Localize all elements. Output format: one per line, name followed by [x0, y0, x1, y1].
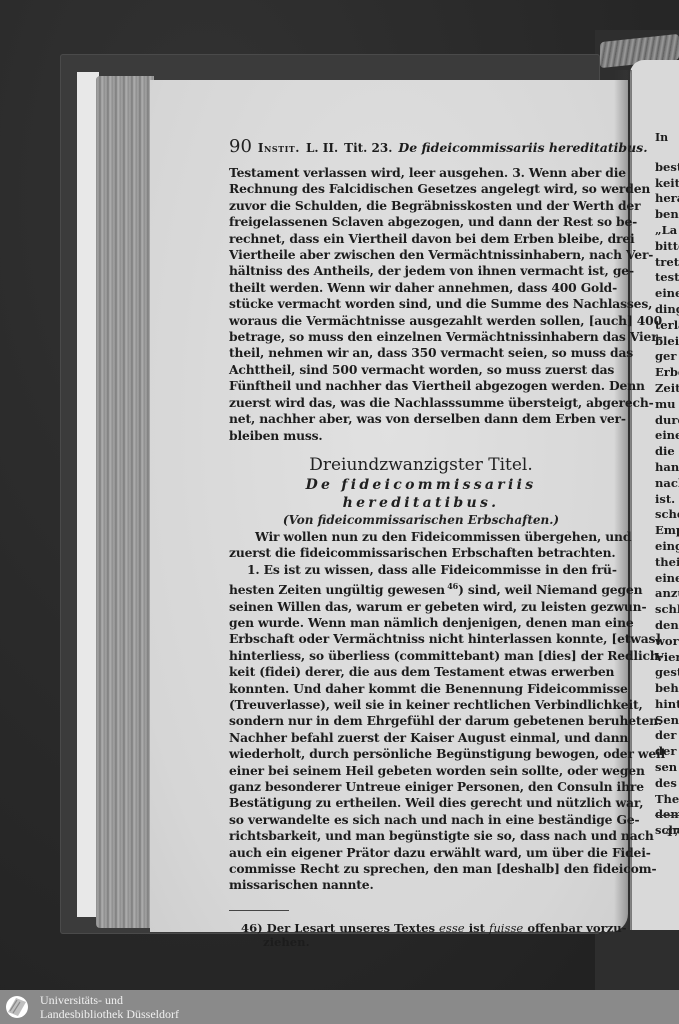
running-head: 90 Instit. L. II. Tit. 23. De fideicommi…: [229, 138, 613, 157]
facing-page-line: beha: [655, 681, 679, 697]
paragraph-1: seinen Willen das, warum er gebeten wird…: [229, 599, 613, 894]
text-line: commisse Recht zu sprechen, den man [des…: [229, 861, 613, 877]
continuation-paragraph: Testament verlassen wird, leer ausgehen.…: [229, 165, 613, 444]
running-head-book: Instit.: [258, 139, 300, 157]
facing-page-line: schl: [655, 602, 679, 618]
text-line: Fünftheil und nachher das Viertheil abge…: [229, 378, 613, 394]
facing-page-line: Erbe: [655, 365, 679, 381]
facing-page-line: ger: [655, 349, 679, 365]
facing-page-line: eine: [655, 428, 679, 444]
library-name[interactable]: Universitäts- und Landesbibliothek Düsse…: [40, 993, 179, 1021]
text-line: richtsbarkeit, und man begünstigte sie s…: [229, 828, 613, 844]
facing-page-line: eing: [655, 539, 679, 555]
library-footer-bar: Universitäts- und Landesbibliothek Düsse…: [0, 990, 679, 1024]
text-line: ganz besonderer Untreue einiger Personen…: [229, 779, 613, 795]
text-line: einer bei seinem Heil gebeten worden sei…: [229, 763, 613, 779]
page-text: 90 Instit. L. II. Tit. 23. De fideicommi…: [229, 138, 613, 949]
text-line: Viertheile aber zwischen den Vermächtnis…: [229, 247, 613, 263]
section-title-latin: De fideicommissariis hereditatibus.: [229, 476, 613, 512]
facing-page-line: eine: [655, 571, 679, 587]
facing-page-line: sen: [655, 760, 679, 776]
facing-page-line: hera: [655, 191, 679, 207]
book-logo-icon[interactable]: [4, 994, 30, 1020]
text-line: gen wurde. Wenn man nämlich denjenigen, …: [229, 615, 613, 631]
facing-page-line: keit: [655, 176, 679, 192]
text-line: keit (fidei) derer, die aus dem Testamen…: [229, 664, 613, 680]
paragraph-line-footnote-ref: hesten Zeiten ungültig gewesen 46) sind,…: [229, 578, 613, 598]
facing-page-line: test.: [655, 270, 679, 286]
text-line: bleiben muss.: [229, 428, 613, 444]
facing-footnote-rule: [655, 815, 679, 816]
text-line: Nachher befahl zuerst der Kaiser August …: [229, 730, 613, 746]
facing-page-line: best: [655, 160, 679, 176]
facing-page-line: The: [655, 792, 679, 808]
section-title-german: (Von fideicommissarischen Erbschaften.): [229, 512, 613, 529]
facing-page-line: trete: [655, 255, 679, 271]
facing-page-line: gest: [655, 665, 679, 681]
text-line: Testament verlassen wird, leer ausgehen.…: [229, 165, 613, 181]
text-line: Bestätigung zu ertheilen. Weil dies gere…: [229, 795, 613, 811]
facing-page-line: Emp: [655, 523, 679, 539]
text-line: theilt werden. Wenn wir daher annehmen, …: [229, 280, 613, 296]
text-line: woraus die Vermächtnisse ausgezahlt werd…: [229, 313, 613, 329]
facing-page-line: ben: [655, 207, 679, 223]
facing-page-header: In: [655, 130, 679, 146]
text-line: auch ein eigener Prätor dazu erwählt war…: [229, 845, 613, 861]
text-line: freigelassenen Sclaven abgezogen, und da…: [229, 214, 613, 230]
facing-page-line: hint: [655, 697, 679, 713]
intro-line-2: zuerst die fideicommissarischen Erbschaf…: [229, 545, 613, 561]
facing-page-line: eine: [655, 286, 679, 302]
text-line: hinterliess, so überliess (committebant)…: [229, 648, 613, 664]
facing-page-line: der: [655, 728, 679, 744]
facing-page-line: hand: [655, 460, 679, 476]
footnote-rule: [229, 910, 289, 911]
text-line: sondern nur in dem Ehrgefühl der darum g…: [229, 713, 613, 729]
facing-page-line: die: [655, 444, 679, 460]
footnote-reference[interactable]: 46: [447, 581, 458, 591]
text-line: hältniss des Antheils, der jedem von ihn…: [229, 263, 613, 279]
facing-page-line: theil: [655, 555, 679, 571]
facing-page-line: nach: [655, 476, 679, 492]
text-line: Rechnung des Falcidischen Gesetzes angel…: [229, 181, 613, 197]
text-line: theil, nehmen wir an, dass 350 vermacht …: [229, 345, 613, 361]
facing-page-line: ist.: [655, 492, 679, 508]
facing-page-line: Zeit: [655, 381, 679, 397]
text-line: seinen Willen das, warum er gebeten wird…: [229, 599, 613, 615]
running-head-liber: L. II.: [306, 139, 338, 157]
facing-page-line: „La: [655, 223, 679, 239]
text-line: missarischen nannte.: [229, 877, 613, 893]
text-line: zuerst wird das, was die Nachlasssumme ü…: [229, 395, 613, 411]
running-head-subject: De fideicommissariis hereditatibus.: [398, 139, 647, 157]
footnote-46: 46) Der Lesart unseres Textes esse ist f…: [229, 921, 613, 935]
text-line: Erbschaft oder Vermächtniss nicht hinter…: [229, 631, 613, 647]
text-line: net, nachher aber, was von derselben dan…: [229, 411, 613, 427]
text-line: wiederholt, durch persönliche Begünstigu…: [229, 746, 613, 762]
text-line: konnten. Und daher kommt die Benennung F…: [229, 681, 613, 697]
text-line: rechnet, dass ein Viertheil davon bei de…: [229, 231, 613, 247]
section-title: Dreiundzwanzigster Titel.: [229, 454, 613, 476]
text-line: Achttheil, sind 500 vermacht worden, so …: [229, 362, 613, 378]
text-line: stücke vermacht worden sind, und die Sum…: [229, 296, 613, 312]
facing-footnote-number: 47: [665, 826, 679, 839]
footnote-46-line-2: ziehen.: [229, 935, 613, 949]
text-line: zuvor die Schulden, die Begräbnisskosten…: [229, 198, 613, 214]
facing-page-line: sche: [655, 507, 679, 523]
facing-page-line: anzu: [655, 586, 679, 602]
text-line: betrage, so muss den einzelnen Vermächtn…: [229, 329, 613, 345]
page-edges: [96, 76, 154, 928]
running-head-titulus: Tit. 23.: [344, 139, 392, 157]
paragraph-line: 1. Es ist zu wissen, dass alle Fideicomm…: [229, 562, 613, 578]
facing-page-line: mu: [655, 397, 679, 413]
text-line: (Treuverlasse), weil sie in keiner recht…: [229, 697, 613, 713]
page-number: 90: [229, 138, 252, 156]
facing-page-text: In bestkeitheraben„Labittetretetest.eine…: [655, 130, 679, 839]
facing-page-line: des: [655, 776, 679, 792]
text-line: so verwandelte es sich nach und nach in …: [229, 812, 613, 828]
facing-page-line: bitte: [655, 239, 679, 255]
facing-page-line: durc: [655, 413, 679, 429]
intro-line-1: Wir wollen nun zu den Fideicommissen übe…: [229, 529, 613, 545]
